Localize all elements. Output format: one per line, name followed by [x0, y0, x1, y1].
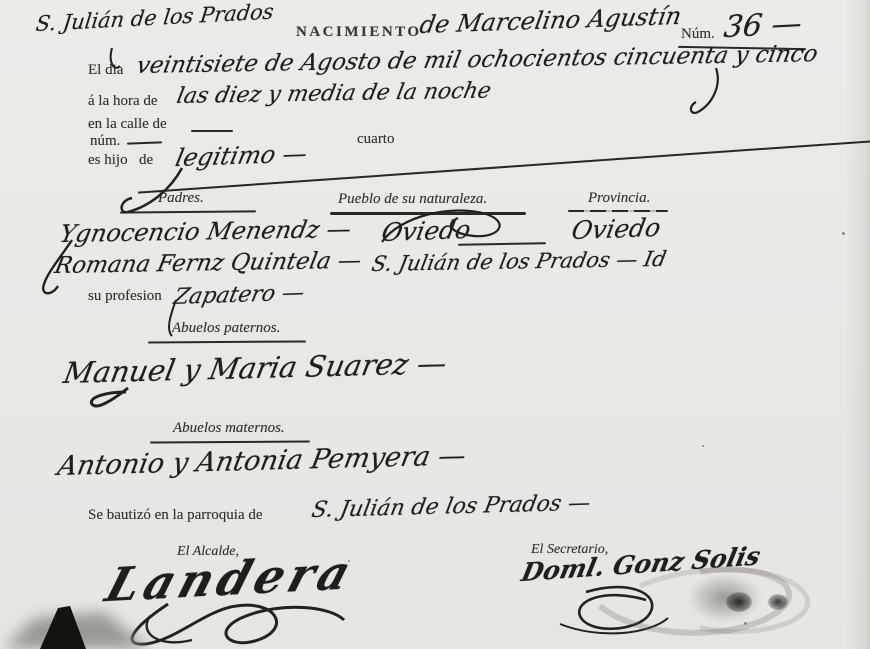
child-name: de Marcelino Agustín	[418, 2, 684, 39]
profession-label: su profesion	[88, 288, 162, 305]
mother-town: S. Julián de los Prados — Id	[370, 247, 669, 276]
mayor-signature: Landera	[100, 545, 363, 613]
hour-label: á la hora de	[88, 93, 158, 110]
pueblo-underline	[330, 212, 526, 215]
paternal-grandparents-heading: Abuelos paternos.	[172, 320, 280, 337]
maternal-grandparents-heading: Abuelos maternos.	[173, 420, 285, 437]
legitimacy-value: legitimo —	[173, 139, 310, 172]
column-header-pueblo: Pueblo de su naturaleza.	[338, 191, 487, 208]
day-label: El dia	[88, 62, 123, 79]
page-corner-shadow	[4, 612, 150, 649]
document-title: NACIMIENTO	[296, 24, 422, 41]
day-value: veintisiete de Agosto de mil ochocientos…	[134, 41, 820, 79]
ink-blob-1	[726, 592, 752, 612]
house-number-label: núm.	[90, 133, 120, 150]
father-town: Oviedo	[379, 215, 473, 247]
scan-edge-shading	[844, 0, 870, 649]
paternal-grandparents-names: Manuel y Maria Suarez —	[61, 346, 450, 390]
room-label: cuarto	[357, 131, 394, 148]
father-town-dash	[458, 242, 546, 246]
maternal-heading-underline	[150, 440, 310, 443]
birth-record-scan: S. Julián de los Prados NACIMIENTO de Ma…	[0, 0, 870, 649]
padres-underline	[120, 210, 256, 213]
paternal-heading-underline	[148, 340, 306, 343]
street-blank-line	[191, 130, 233, 132]
column-header-padres: Padres.	[158, 190, 204, 207]
ink-blob-2	[768, 594, 788, 610]
father-province: Oviedo	[569, 213, 663, 245]
baptism-label: Se bautizó en la parroquia de	[88, 507, 263, 524]
paper-speck	[744, 622, 747, 625]
street-label: en la calle de	[88, 116, 167, 133]
record-number-value: 36 —	[722, 6, 804, 45]
baptism-parish: S. Julián de los Prados —	[310, 491, 593, 523]
profession-value: Zapatero —	[171, 280, 306, 310]
column-header-provincia: Provincia.	[588, 190, 650, 207]
paper-speck	[348, 560, 350, 562]
provincia-underline	[568, 210, 668, 212]
parish-name: S. Julián de los Prados	[35, 0, 276, 36]
page-corner-dark-wedge	[40, 606, 86, 649]
house-number-dash	[127, 141, 162, 144]
mother-name: Romana Fernz Quintela —	[52, 248, 363, 279]
father-name: Ygnocencio Menendz —	[57, 215, 353, 248]
filiation-label: es hijo	[88, 152, 128, 169]
paper-speck	[702, 445, 704, 447]
maternal-grandparents-names: Antonio y Antonia Pemyera —	[55, 440, 468, 482]
hour-value: las diez y media de la noche	[175, 78, 494, 109]
record-number-label: Núm.	[681, 26, 715, 43]
